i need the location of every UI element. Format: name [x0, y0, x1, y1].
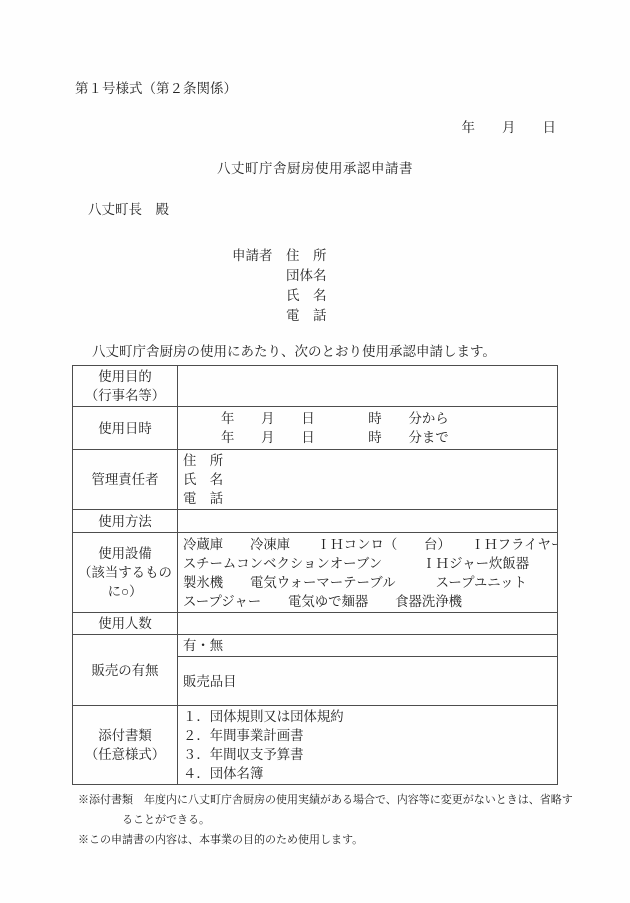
equipment-label: 使用設備 （該当するもの に○）	[73, 533, 178, 613]
row-datetime: 使用日時 年 月 日 時 分から 年 月 日 時 分まで	[73, 407, 558, 450]
sales-label: 販売の有無	[73, 635, 178, 706]
attachments-label: 添付書類 （任意様式）	[73, 706, 178, 785]
manager-label: 管理責任者	[73, 450, 178, 510]
equipment-line-3: 製氷機 電気ウォーマーテーブル スープユニット	[183, 573, 552, 592]
datetime-from: 年 月 日 時 分から	[183, 409, 552, 428]
applicant-phone-line: 電 話	[286, 306, 630, 326]
attachment-item-4: ４．団体名簿	[183, 764, 552, 783]
attachment-item-1: １．団体規則又は団体規約	[183, 707, 552, 726]
row-equipment: 使用設備 （該当するもの に○） 冷蔵庫 冷凍庫 ＩＨコンロ（ 台） ＩＨフライ…	[73, 533, 558, 613]
footnote-attachments-2: ることができる。	[122, 810, 630, 830]
applicant-name-line: 氏 名	[286, 286, 630, 306]
attachment-item-2: ２．年間事業計画書	[183, 726, 552, 745]
row-manager: 管理責任者 住 所 氏 名 電 話	[73, 450, 558, 510]
method-label: 使用方法	[73, 510, 178, 533]
addressee: 八丈町長 殿	[88, 201, 630, 219]
row-people: 使用人数	[73, 613, 558, 635]
attachments-value-cell: １．団体規則又は団体規約 ２．年間事業計画書 ３．年間収支予算書 ４．団体名簿	[178, 706, 558, 785]
equipment-line-4: スープジャー 電気ゆで麺器 食器洗浄機	[183, 592, 552, 611]
application-table: 使用目的 （行事名等） 使用日時 年 月 日 時 分から 年 月 日 時 分まで…	[72, 365, 558, 785]
applicant-group-name-line: 団体名	[286, 266, 630, 286]
footnotes: ※添付書類 年度内に八丈町庁舎厨房の使用実績がある場合で、内容等に変更がないとき…	[78, 790, 630, 850]
equipment-value-cell: 冷蔵庫 冷凍庫 ＩＨコンロ（ 台） ＩＨフライヤー スチームコンベクションオーブ…	[178, 533, 558, 613]
equipment-line-2: スチームコンベクションオーブン ＩＨジャー炊飯器	[183, 554, 552, 573]
datetime-value-cell: 年 月 日 時 分から 年 月 日 時 分まで	[178, 407, 558, 450]
date-line: 年 月 日	[0, 119, 630, 136]
application-form-page: 第１号様式（第２条関係） 年 月 日 八丈町庁舎厨房使用承認申請書 八丈町長 殿…	[0, 0, 630, 903]
equipment-line-1: 冷蔵庫 冷凍庫 ＩＨコンロ（ 台） ＩＨフライヤー	[183, 535, 552, 554]
applicant-block: 申請者 住 所 団体名 氏 名 電 話	[232, 246, 630, 326]
people-value-cell	[178, 613, 558, 635]
footnote-usage: ※この申請書の内容は、本事業の目的のため使用します。	[78, 830, 630, 850]
row-attachments: 添付書類 （任意様式） １．団体規則又は団体規約 ２．年間事業計画書 ３．年間収…	[73, 706, 558, 785]
sales-items-cell: 販売品目	[178, 657, 558, 706]
manager-address: 住 所	[183, 451, 552, 470]
footnote-attachments-1: ※添付書類 年度内に八丈町庁舎厨房の使用実績がある場合で、内容等に変更がないとき…	[78, 790, 630, 810]
manager-phone: 電 話	[183, 489, 552, 508]
form-number: 第１号様式（第２条関係）	[75, 80, 630, 97]
sales-value-cell: 有・無	[178, 635, 558, 657]
manager-value-cell: 住 所 氏 名 電 話	[178, 450, 558, 510]
purpose-value-cell	[178, 366, 558, 407]
datetime-label: 使用日時	[73, 407, 178, 450]
row-purpose: 使用目的 （行事名等）	[73, 366, 558, 407]
row-sales: 販売の有無 有・無	[73, 635, 558, 657]
intro-sentence: 八丈町庁舎厨房の使用にあたり、次のとおり使用承認申請します。	[92, 343, 630, 361]
people-label: 使用人数	[73, 613, 178, 635]
purpose-label: 使用目的 （行事名等）	[73, 366, 178, 407]
page-title: 八丈町庁舎厨房使用承認申請書	[0, 160, 630, 178]
manager-name: 氏 名	[183, 470, 552, 489]
attachment-item-3: ３．年間収支予算書	[183, 745, 552, 764]
applicant-address-line: 申請者 住 所	[232, 246, 630, 266]
datetime-to: 年 月 日 時 分まで	[183, 428, 552, 447]
row-method: 使用方法	[73, 510, 558, 533]
method-value-cell	[178, 510, 558, 533]
